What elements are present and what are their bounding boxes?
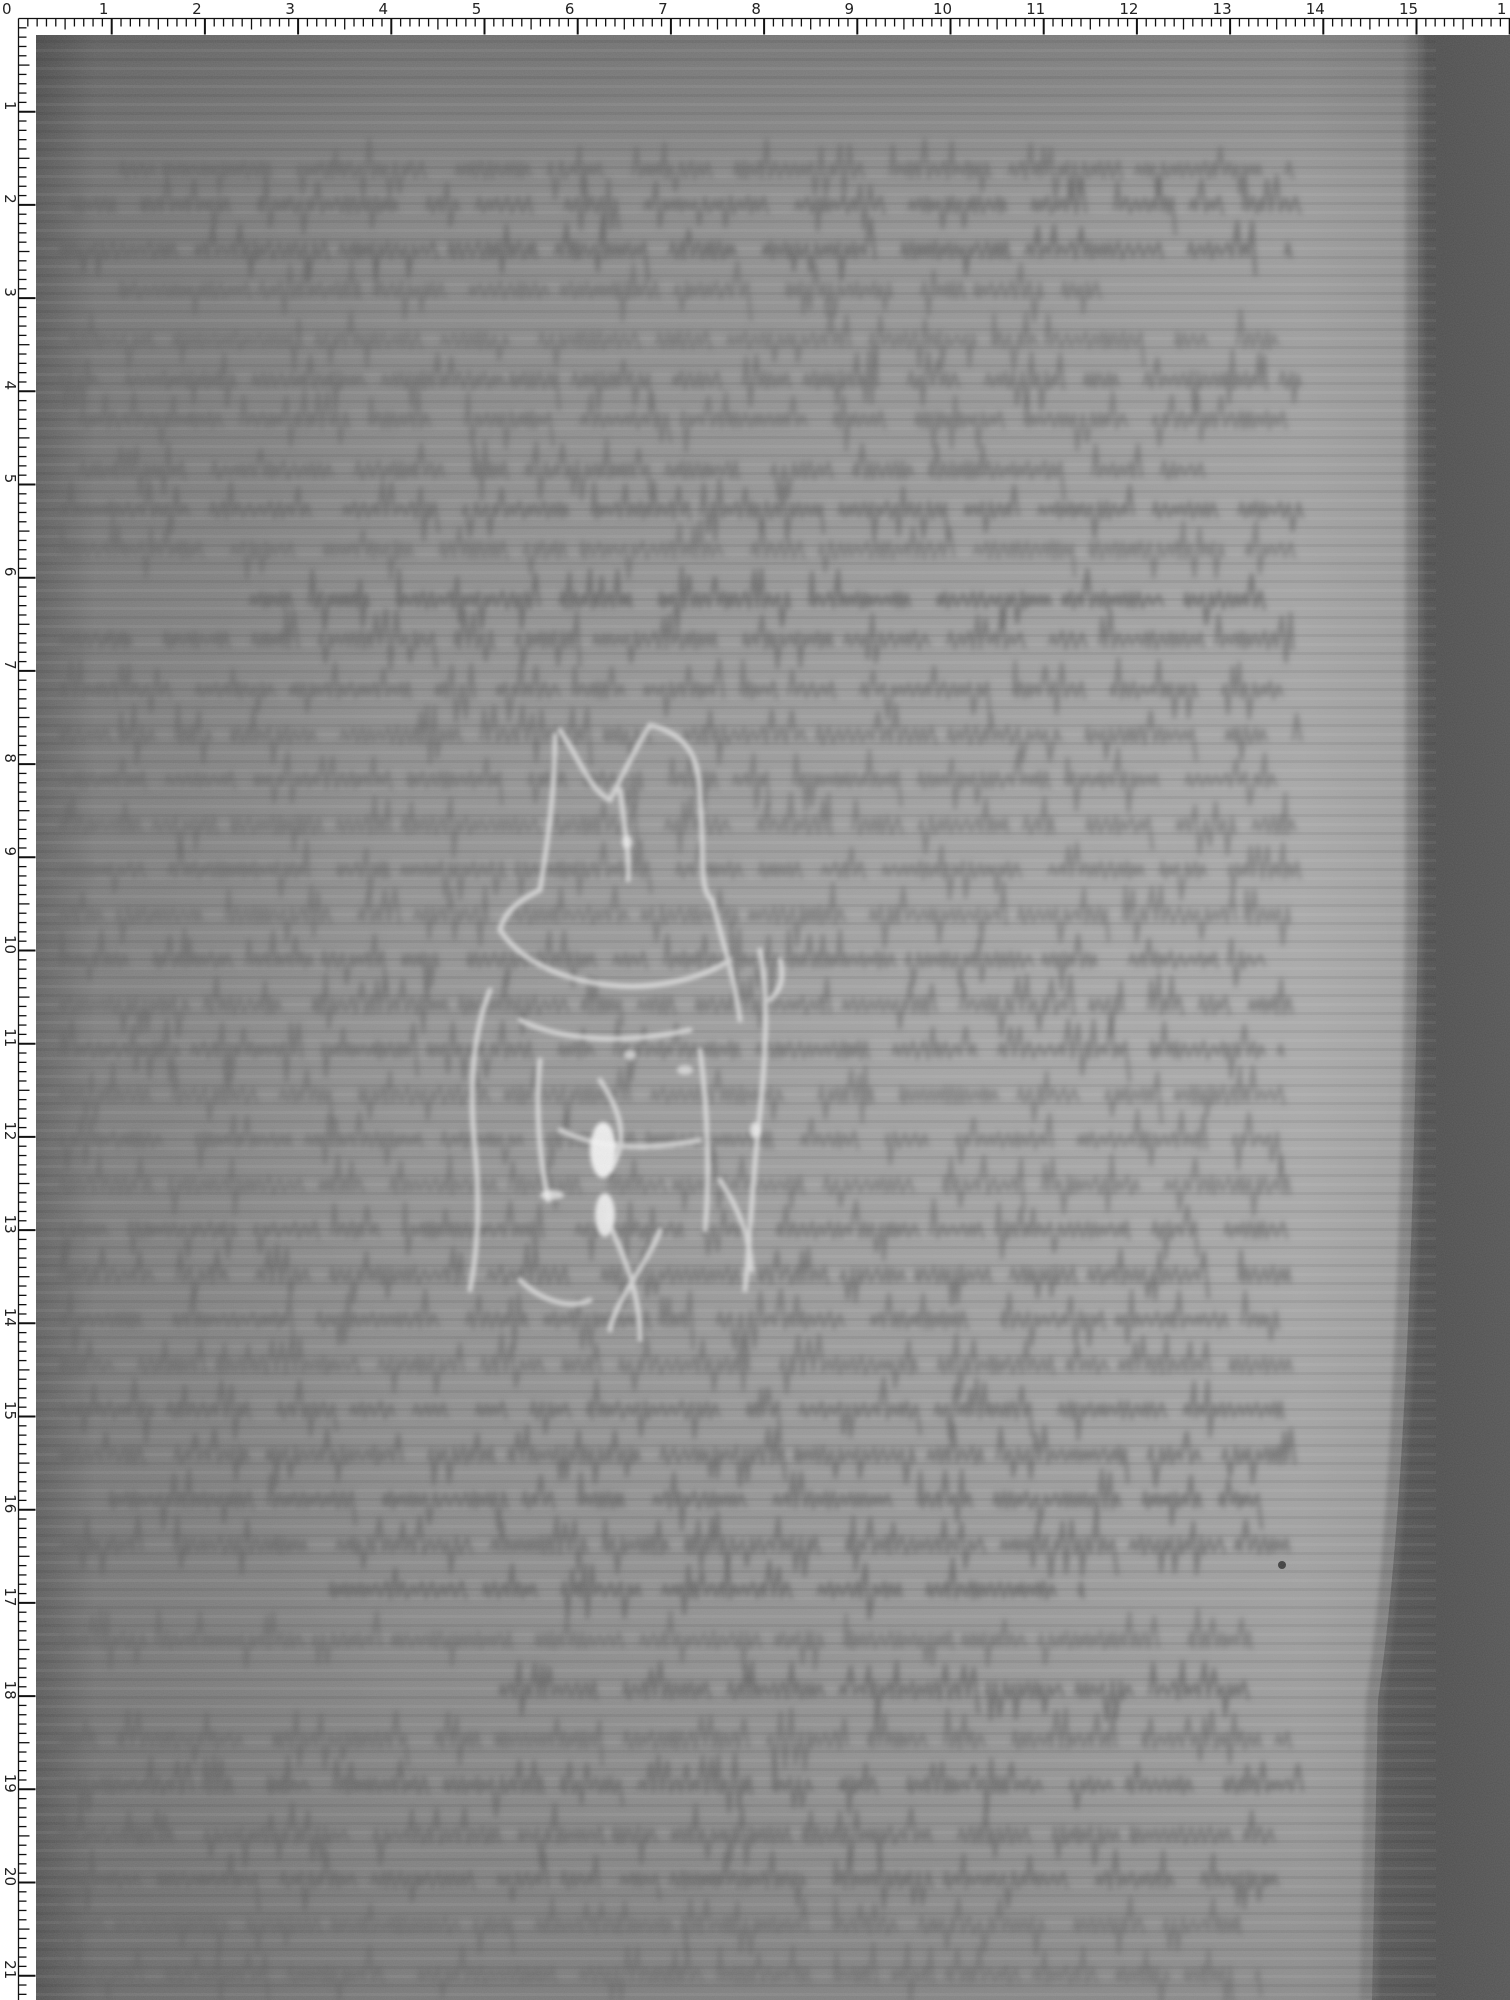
ruler-left-label: 4 bbox=[1, 381, 19, 391]
ruler-top-label: 0 bbox=[2, 0, 12, 18]
ruler-left-label: 3 bbox=[1, 287, 19, 297]
ruler-top-label: 1 bbox=[99, 0, 109, 18]
ruler-left-label: 5 bbox=[1, 474, 19, 484]
ruler-left-label: 8 bbox=[1, 753, 19, 763]
ruler-left-label: 16 bbox=[1, 1494, 19, 1513]
ruler-top-label: 9 bbox=[845, 0, 855, 18]
ruler-top-label: 13 bbox=[1213, 0, 1232, 18]
ruler-top-label: 1 bbox=[1497, 0, 1507, 18]
ruler-top-label: 12 bbox=[1119, 0, 1138, 18]
ruler-top-label: 6 bbox=[565, 0, 575, 18]
ruler-top-label: 8 bbox=[751, 0, 761, 18]
ruler-left-label: 2 bbox=[1, 194, 19, 204]
ruler-top-label: 2 bbox=[192, 0, 202, 18]
ruler-top-label: 5 bbox=[472, 0, 482, 18]
ruler-left-label: 10 bbox=[1, 935, 19, 954]
ruler-left-label: 1 bbox=[1, 101, 19, 111]
ruler-top-label: 4 bbox=[379, 0, 389, 18]
ruler-left-label: 20 bbox=[1, 1867, 19, 1886]
ruler-top-label: 15 bbox=[1399, 0, 1418, 18]
ruler-left-label: 12 bbox=[1, 1121, 19, 1140]
ruler-left-label: 6 bbox=[1, 567, 19, 577]
ruler-top-label: 14 bbox=[1306, 0, 1325, 18]
ruler-left-label: 11 bbox=[1, 1028, 19, 1047]
ruler-left-label: 7 bbox=[1, 660, 19, 670]
ruler-left-label: 21 bbox=[1, 1960, 19, 1979]
ruler-left-label: 9 bbox=[1, 847, 19, 857]
ruler-left-label: 14 bbox=[1, 1308, 19, 1327]
ruler-left-label: 19 bbox=[1, 1774, 19, 1793]
ruler-top-label: 11 bbox=[1026, 0, 1045, 18]
measurement-scale: 0123456789101112131415112345678910111213… bbox=[0, 0, 1510, 2000]
ruler-top-label: 7 bbox=[658, 0, 668, 18]
ruler-left-label: 13 bbox=[1, 1215, 19, 1234]
ruler-left-label: 17 bbox=[1, 1587, 19, 1606]
ruler-top-label: 3 bbox=[285, 0, 295, 18]
ruler-left-label: 15 bbox=[1, 1401, 19, 1420]
ruler-top-label: 10 bbox=[933, 0, 952, 18]
ruler-left-label: 18 bbox=[1, 1681, 19, 1700]
